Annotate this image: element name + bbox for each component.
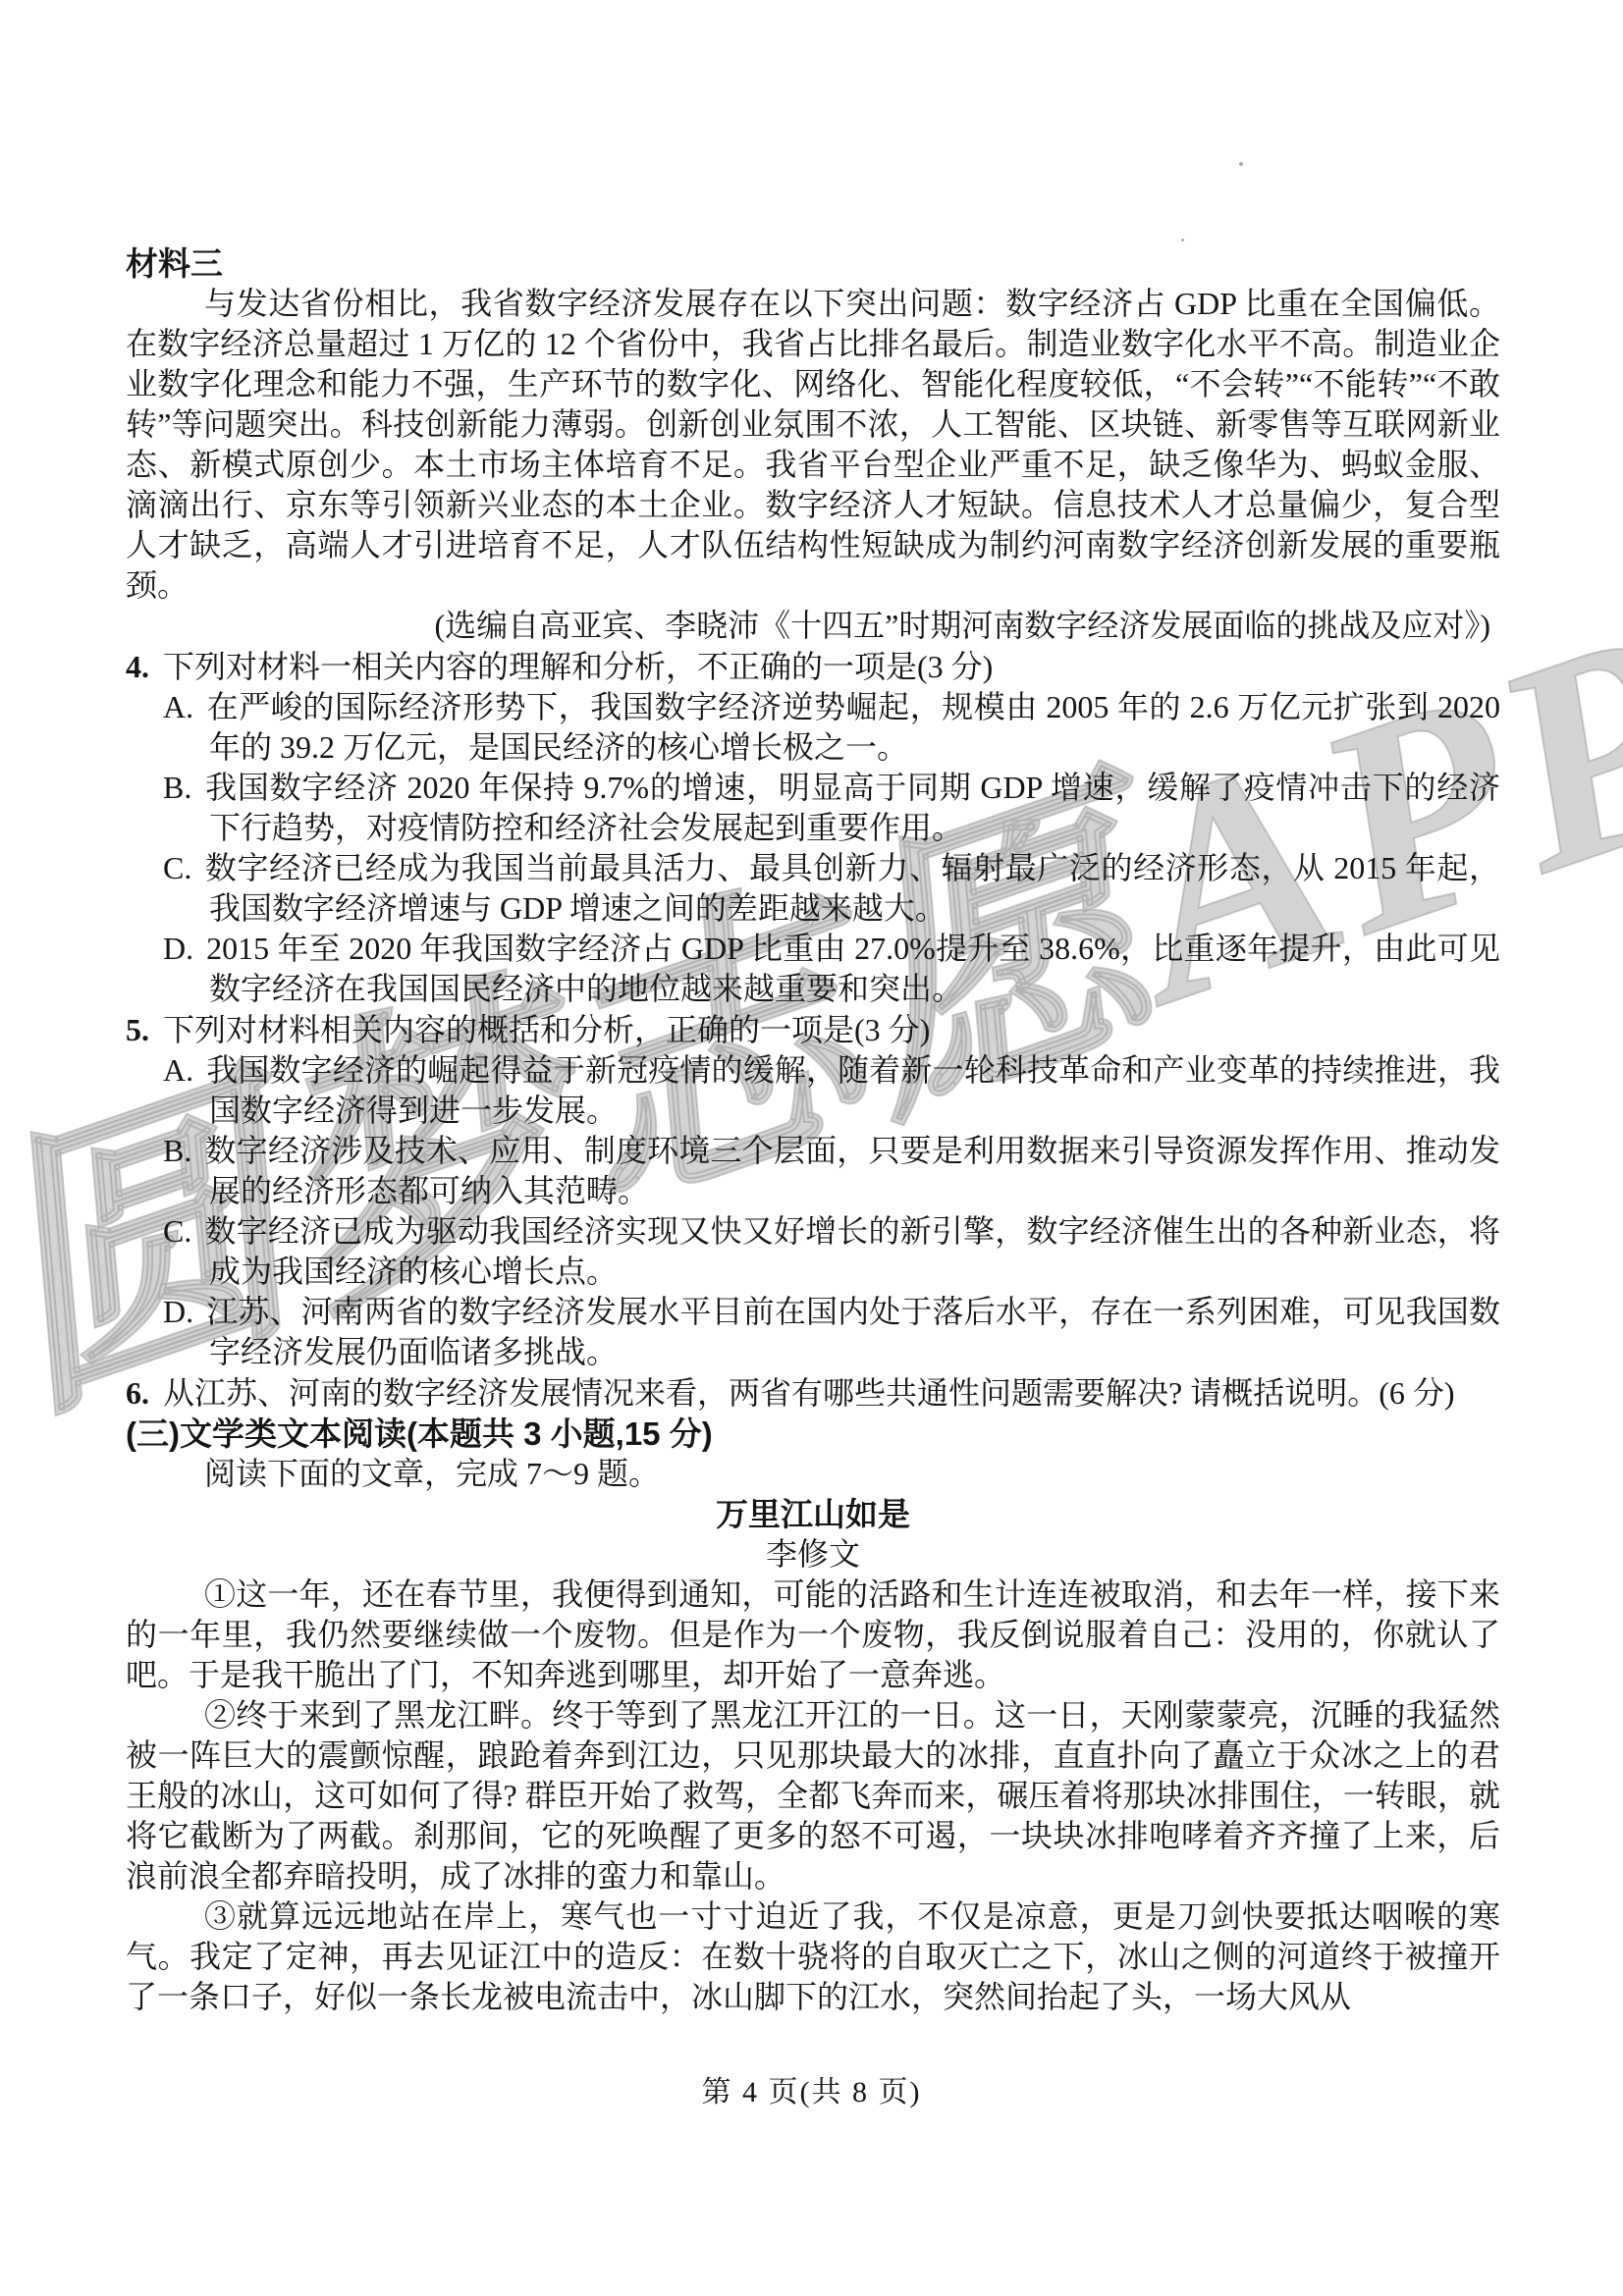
option-label: B. xyxy=(163,770,204,805)
question-5-option-d: D.江苏、河南两省的数字经济发展水平目前在国内处于落后水平，存在一系列困难，可见… xyxy=(163,1292,1500,1372)
article-title: 万里江山如是 xyxy=(126,1494,1500,1534)
page-content: 材料三 与发达省份相比，我省数字经济发展存在以下突出问题：数字经济占 GDP 比… xyxy=(126,243,1500,2017)
option-label: A. xyxy=(163,689,206,724)
question-5-number: 5. xyxy=(126,1010,149,1050)
option-text: 数字经济已成为驱动我国经济实现又快又好增长的新引擎，数字经济催生出的各种新业态，… xyxy=(204,1213,1500,1289)
option-label: C. xyxy=(163,1213,204,1249)
question-4-stem: 下列对材料一相关内容的理解和分析，不正确的一项是(3 分) xyxy=(163,647,1500,687)
option-text: 数字经济已经成为我国当前最具活力、最具创新力、辐射最广泛的经济形态，从 2015… xyxy=(204,850,1500,926)
option-label: C. xyxy=(163,850,204,885)
question-6: 6. 从江苏、河南的数字经济发展情况来看，两省有哪些共通性问题需要解决? 请概括… xyxy=(126,1373,1500,1414)
option-text: 数字经济涉及技术、应用、制度环境三个层面，只要是利用数据来引导资源发挥作用、推动… xyxy=(204,1133,1500,1208)
exam-paper-page: 圆梦志愿APP 材料三 与发达省份相比，我省数字经济发展存在以下突出问题：数字经… xyxy=(0,0,1623,2296)
scan-speck xyxy=(1181,239,1184,241)
question-4-option-a: A.在严峻的国际经济形势下，我国数字经济逆势崛起，规模由 2005 年的 2.6… xyxy=(163,687,1500,768)
reading-instruction: 阅读下面的文章，完成 7～9 题。 xyxy=(126,1454,1500,1494)
question-4-number: 4. xyxy=(126,647,149,687)
option-text: 我国数字经济的崛起得益于新冠疫情的缓解，随着新一轮科技革命和产业变革的持续推进，… xyxy=(206,1052,1500,1128)
question-5: 5. 下列对材料相关内容的概括和分析，正确的一项是(3 分) A.我国数字经济的… xyxy=(126,1010,1500,1372)
question-4-option-c: C.数字经济已经成为我国当前最具活力、最具创新力、辐射最广泛的经济形态，从 20… xyxy=(163,848,1500,929)
question-6-stem: 从江苏、河南的数字经济发展情况来看，两省有哪些共通性问题需要解决? 请概括说明。… xyxy=(163,1373,1500,1414)
article-paragraph-3: ③就算远远地站在岸上，寒气也一寸寸迫近了我，不仅是凉意，更是刀剑快要抵达咽喉的寒… xyxy=(126,1896,1500,2017)
material-three-paragraph: 与发达省份相比，我省数字经济发展存在以下突出问题：数字经济占 GDP 比重在全国… xyxy=(126,284,1500,606)
question-5-option-a: A.我国数字经济的崛起得益于新冠疫情的缓解，随着新一轮科技革命和产业变革的持续推… xyxy=(163,1050,1500,1131)
option-text: 江苏、河南两省的数字经济发展水平目前在国内处于落后水平，存在一系列困难，可见我国… xyxy=(206,1294,1500,1369)
option-text: 2015 年至 2020 年我国数字经济占 GDP 比重由 27.0%提升至 3… xyxy=(206,931,1500,1006)
article-author: 李修文 xyxy=(126,1534,1500,1575)
question-4: 4. 下列对材料一相关内容的理解和分析，不正确的一项是(3 分) A.在严峻的国… xyxy=(126,647,1500,1009)
option-text: 我国数字经济 2020 年保持 9.7%的增速，明显高于同期 GDP 增速，缓解… xyxy=(204,770,1500,845)
option-label: A. xyxy=(163,1052,206,1088)
section-three-heading: (三)文学类文本阅读(本题共 3 小题,15 分) xyxy=(126,1414,1500,1454)
question-5-option-c: C.数字经济已成为驱动我国经济实现又快又好增长的新引擎，数字经济催生出的各种新业… xyxy=(163,1211,1500,1292)
question-6-number: 6. xyxy=(126,1373,149,1414)
option-label: D. xyxy=(163,1294,206,1329)
scan-speck xyxy=(1239,162,1243,166)
material-three-citation: (选编自高亚宾、李晓沛《十四五”时期河南数字经济发展面临的挑战及应对》) xyxy=(126,606,1500,646)
material-three-heading: 材料三 xyxy=(126,243,1500,284)
question-5-stem: 下列对材料相关内容的概括和分析，正确的一项是(3 分) xyxy=(163,1010,1500,1050)
question-4-option-b: B.我国数字经济 2020 年保持 9.7%的增速，明显高于同期 GDP 增速，… xyxy=(163,768,1500,848)
option-text: 在严峻的国际经济形势下，我国数字经济逆势崛起，规模由 2005 年的 2.6 万… xyxy=(206,689,1500,765)
question-5-option-b: B.数字经济涉及技术、应用、制度环境三个层面，只要是利用数据来引导资源发挥作用、… xyxy=(163,1131,1500,1211)
option-label: D. xyxy=(163,931,206,966)
article-paragraph-2: ②终于来到了黑龙江畔。终于等到了黑龙江开江的一日。这一日，天刚蒙蒙亮，沉睡的我猛… xyxy=(126,1695,1500,1896)
question-4-option-d: D.2015 年至 2020 年我国数字经济占 GDP 比重由 27.0%提升至… xyxy=(163,929,1500,1009)
article-paragraph-1: ①这一年，还在春节里，我便得到通知，可能的活路和生计连连被取消，和去年一样，接下… xyxy=(126,1575,1500,1695)
page-footer: 第 4 页(共 8 页) xyxy=(0,2067,1623,2110)
option-label: B. xyxy=(163,1133,204,1168)
